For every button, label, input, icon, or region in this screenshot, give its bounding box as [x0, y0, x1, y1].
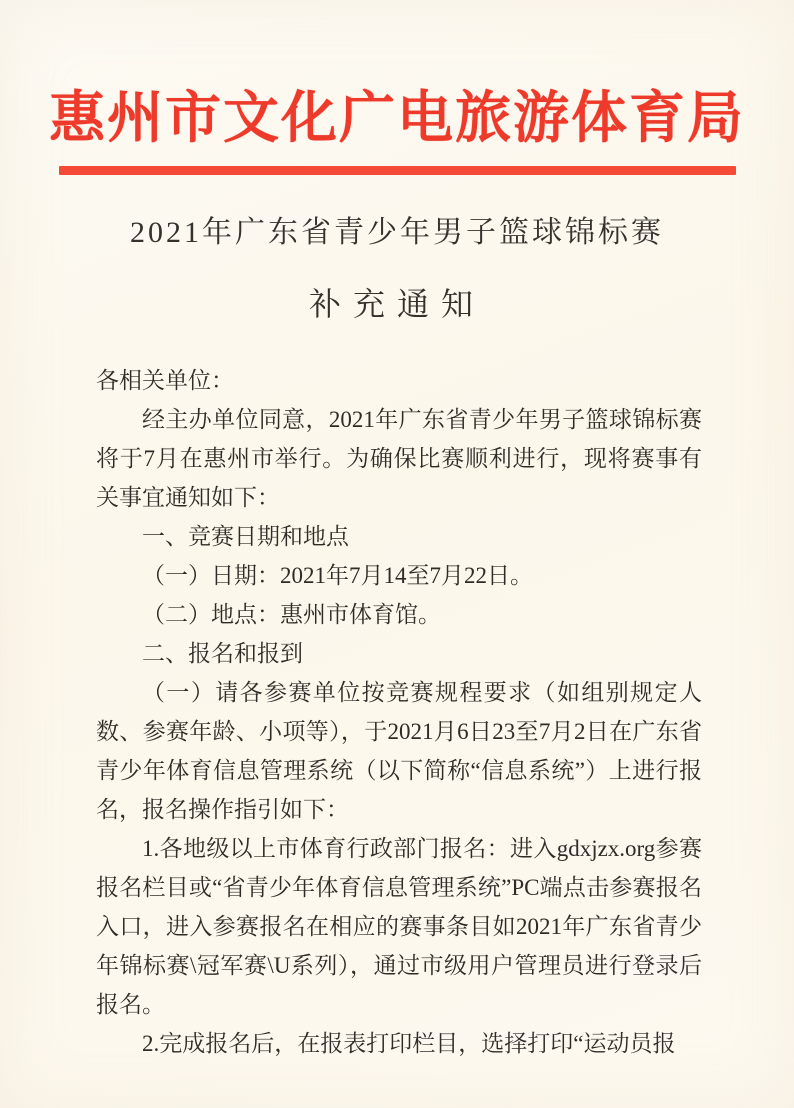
document-page: 惠州市文化广电旅游体育局 2021年广东省青少年男子篮球锦标赛 补充通知 各相关… [0, 0, 794, 1108]
agency-title: 惠州市文化广电旅游体育局 [0, 84, 794, 154]
letterhead: 惠州市文化广电旅游体育局 [0, 0, 794, 175]
document-title: 2021年广东省青少年男子篮球锦标赛 补充通知 [0, 207, 794, 325]
document-title-line2: 补充通知 [0, 279, 794, 325]
body-heading-section-2: 二、报名和报到 [96, 634, 702, 673]
body-heading-section-1: 一、竞赛日期和地点 [96, 517, 702, 556]
letterhead-divider [59, 166, 736, 175]
body-paragraph-registration-step-1: 1.各地级以上市体育行政部门报名：进入gdxjzx.org参赛报名栏目或“省青少… [96, 829, 702, 1024]
body-paragraph-intro: 经主办单位同意，2021年广东省青少年男子篮球锦标赛将于7月在惠州市举行。为确保… [96, 400, 702, 517]
document-body: 各相关单位： 经主办单位同意，2021年广东省青少年男子篮球锦标赛将于7月在惠州… [96, 361, 702, 1063]
body-paragraph-date: （一）日期：2021年7月14至7月22日。 [96, 556, 702, 595]
body-paragraph-venue: （二）地点：惠州市体育馆。 [96, 595, 702, 634]
salutation: 各相关单位： [96, 361, 702, 400]
body-paragraph-registration-requirements: （一）请各参赛单位按竞赛规程要求（如组别规定人数、参赛年龄、小项等），于2021… [96, 673, 702, 829]
body-paragraph-registration-step-2: 2.完成报名后，在报表打印栏目，选择打印“运动员报 [96, 1024, 702, 1063]
document-title-line1: 2021年广东省青少年男子篮球锦标赛 [0, 207, 794, 251]
